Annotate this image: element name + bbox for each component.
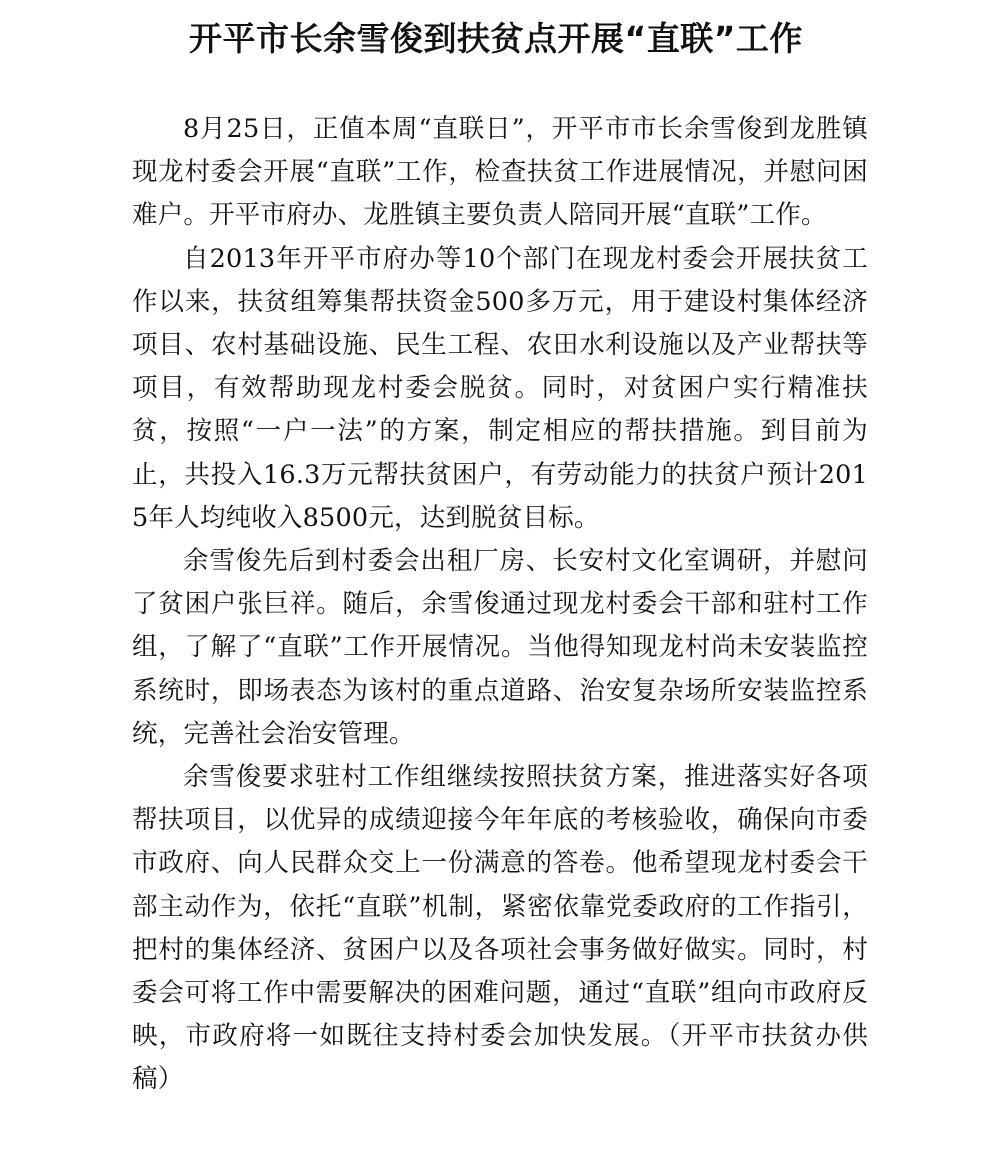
article-body: 8月25日，正值本周“直联日”，开平市市长余雪俊到龙胜镇现龙村委会开展“直联”工… <box>132 108 868 1102</box>
paragraph-2: 自2013年开平市府办等10个部门在现龙村委会开展扶贫工作以来，扶贫组筹集帮扶资… <box>132 238 868 540</box>
paragraph-4: 余雪俊要求驻村工作组继续按照扶贫方案，推进落实好各项帮扶项目，以优异的成绩迎接今… <box>132 756 868 1102</box>
paragraph-1: 8月25日，正值本周“直联日”，开平市市长余雪俊到龙胜镇现龙村委会开展“直联”工… <box>132 108 868 238</box>
paragraph-3: 余雪俊先后到村委会出租厂房、长安村文化室调研，并慰问了贫困户张巨祥。随后，余雪俊… <box>132 540 868 756</box>
article-title: 开平市长余雪俊到扶贫点开展“直联”工作 <box>0 14 992 64</box>
